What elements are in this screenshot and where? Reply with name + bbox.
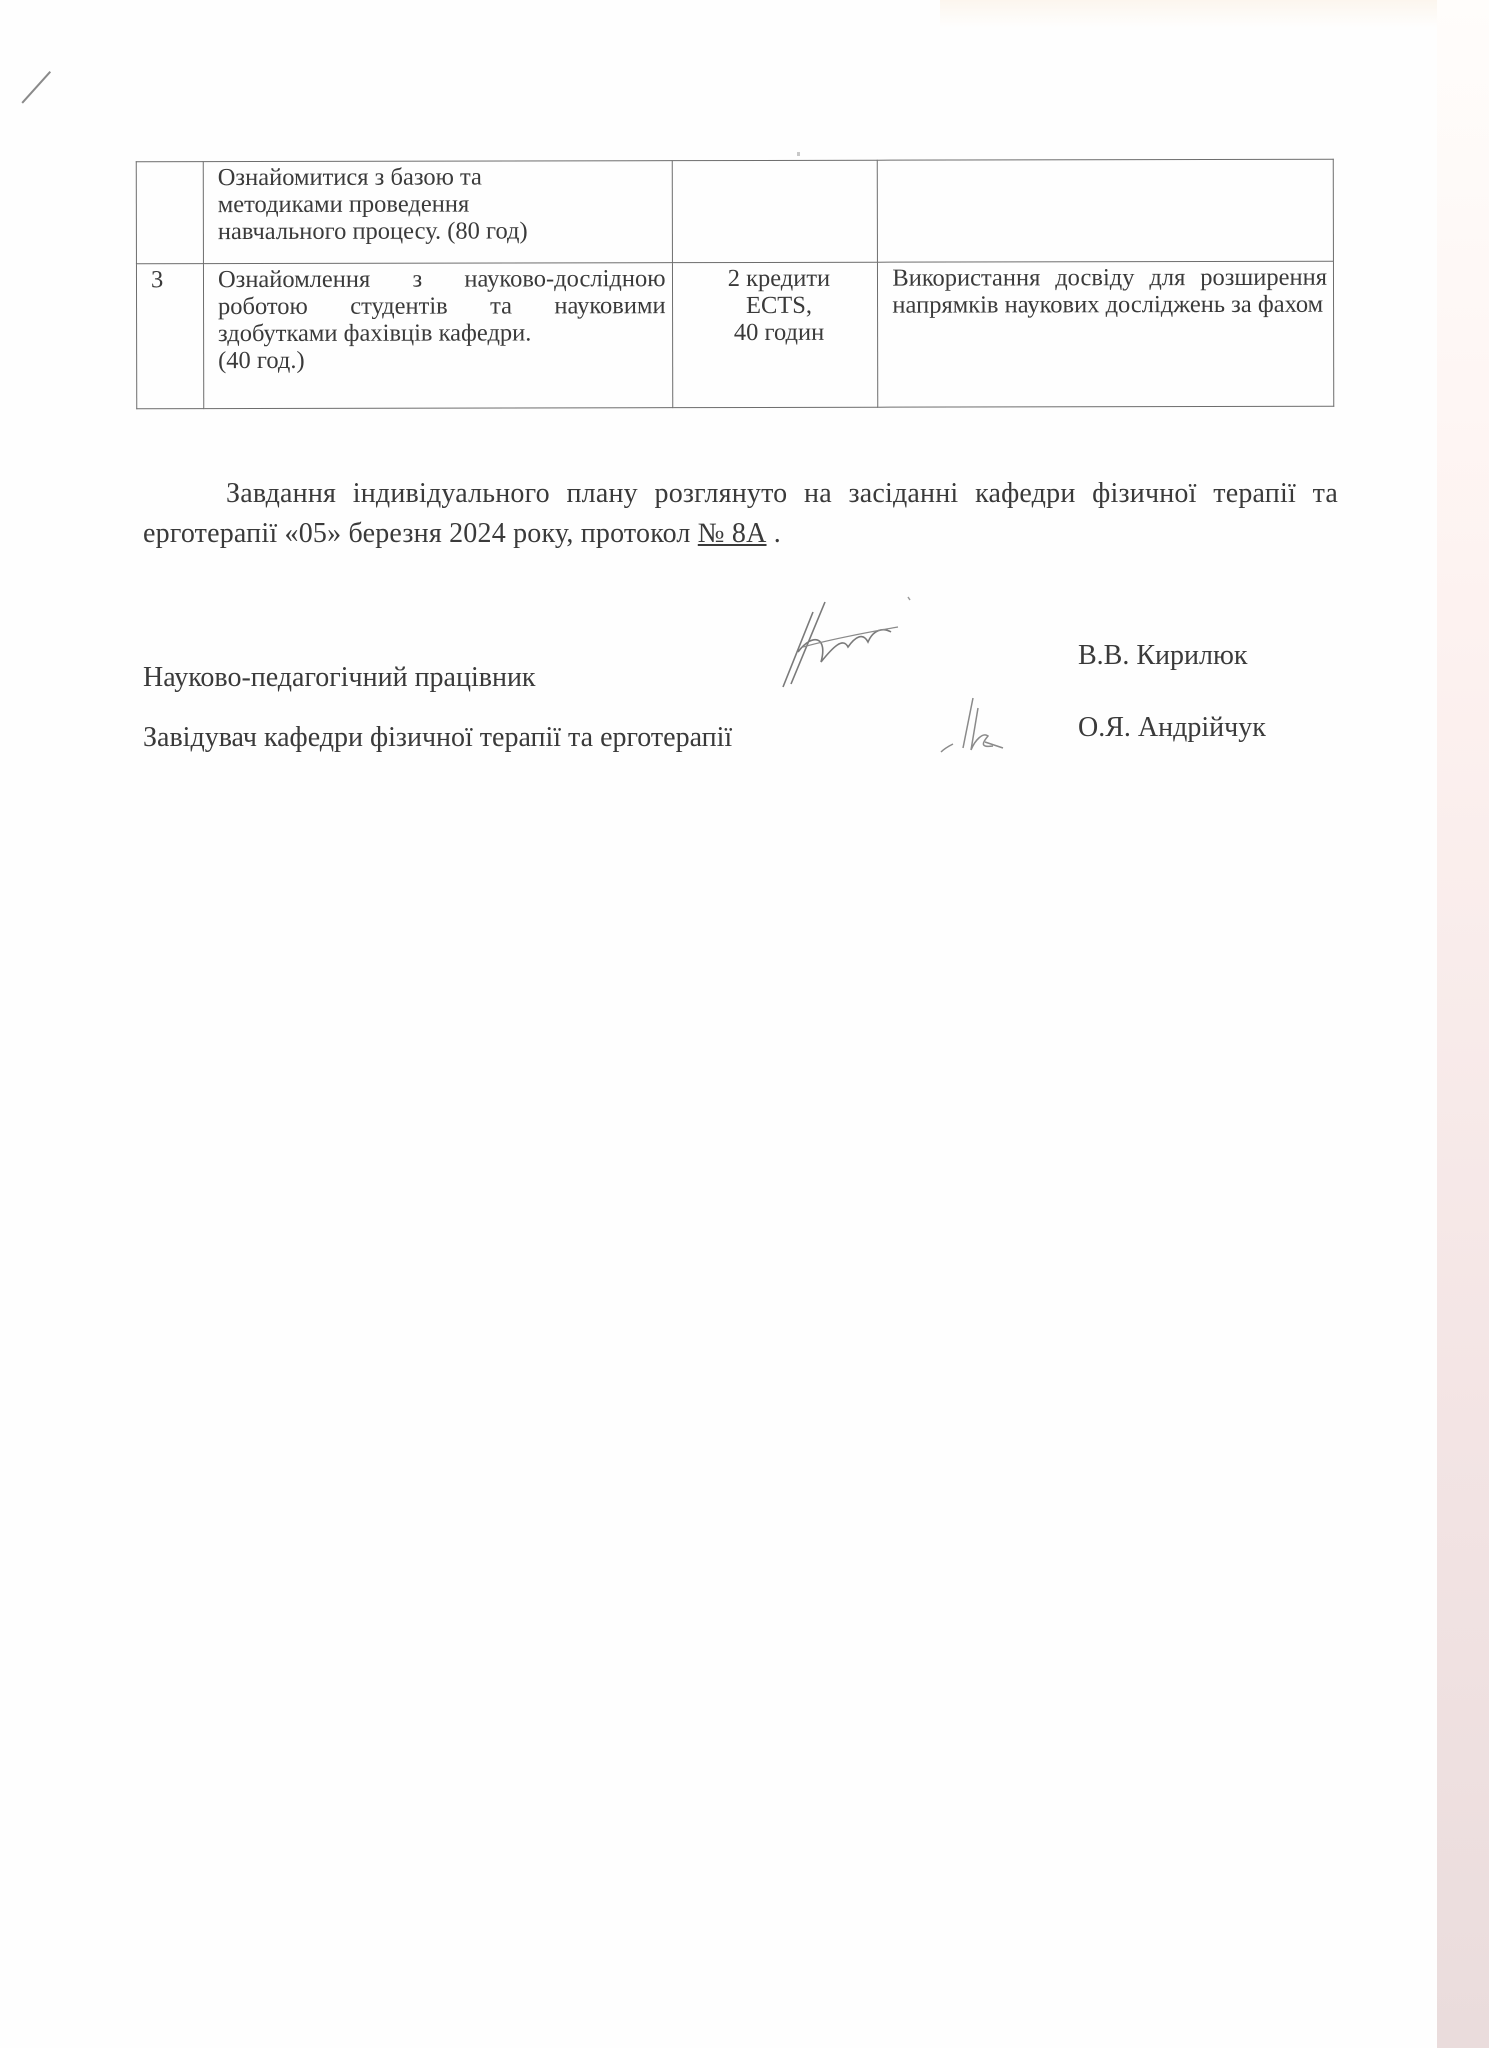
signatory-role: Завідувач кафедри фізичної терапії та ер… xyxy=(143,722,732,754)
table-row: Ознайомитися з базою та методиками прове… xyxy=(136,159,1333,264)
row-number xyxy=(136,162,203,264)
scan-shading xyxy=(940,0,1440,28)
individual-plan-table: Ознайомитися з базою та методиками прове… xyxy=(136,159,1335,410)
handwritten-signature-icon xyxy=(773,592,923,702)
task-text: Ознайомлення з науково-дослідною роботою… xyxy=(218,265,666,347)
row-number: 3 xyxy=(136,264,203,409)
approval-paragraph: Завдання індивідуального плану розглянут… xyxy=(143,474,1338,554)
task-cell: Ознайомитися з базою та методиками прове… xyxy=(203,161,672,264)
task-cell: Ознайомлення з науково-дослідною роботою… xyxy=(203,263,672,409)
task-hours: (40 год.) xyxy=(218,346,666,374)
credits-cell: 2 кредити ECTS, 40 годин xyxy=(672,262,878,407)
scan-speck xyxy=(797,152,800,156)
pen-mark xyxy=(21,71,50,103)
table-row: 3 Ознайомлення з науково-дослідною робот… xyxy=(136,261,1333,409)
signatory-name: О.Я. Андрійчук xyxy=(1078,712,1266,744)
signatory-name: В.В. Кирилюк xyxy=(1078,640,1248,672)
protocol-number: № 8А xyxy=(698,518,767,549)
handwritten-signature-icon xyxy=(933,690,1023,770)
result-cell xyxy=(878,159,1334,262)
credits-cell xyxy=(672,160,878,262)
signatory-role: Науково-педагогічний працівник xyxy=(143,662,536,694)
scan-edge-strip xyxy=(1437,0,1489,2048)
result-cell: Використання досвіду для розширення напр… xyxy=(878,261,1334,407)
